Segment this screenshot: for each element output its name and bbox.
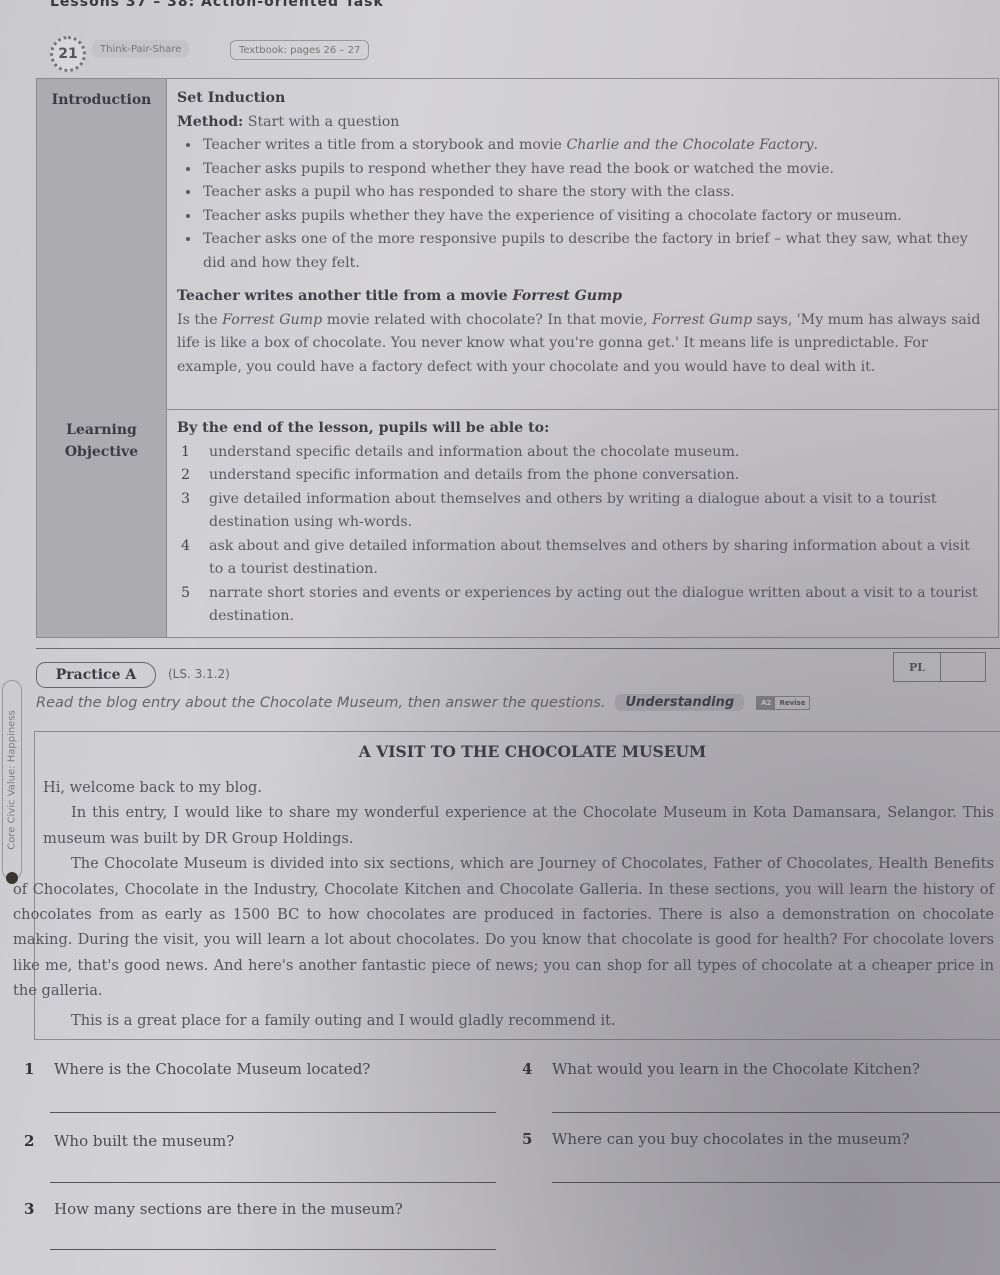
forrest-gump-paragraph: Is the Forrest Gump movie related with c… — [177, 309, 984, 380]
answer-input-3[interactable] — [50, 1224, 500, 1248]
introduction-bullet: Teacher writes a title from a storybook … — [201, 134, 984, 158]
question-2: 2Who built the museum? — [24, 1132, 234, 1150]
method-line: Method: Start with a question — [177, 111, 984, 135]
objective-item: 2understand specific information and det… — [177, 464, 984, 488]
learning-objective-row: Learning Objective By the end of the les… — [37, 409, 998, 637]
practice-instruction: Read the blog entry about the Chocolate … — [36, 694, 810, 711]
introduction-row: Introduction Set Induction Method: Start… — [37, 79, 998, 410]
skill-badge: Understanding — [615, 694, 744, 711]
answer-line-5[interactable] — [552, 1182, 1000, 1183]
answer-input-4[interactable] — [552, 1087, 1000, 1111]
question-3: 3How many sections are there in the muse… — [24, 1200, 403, 1218]
blog-paragraph-1: In this entry, I would like to share my … — [35, 800, 994, 851]
answer-line-3[interactable] — [50, 1249, 496, 1250]
pl-label: PL — [894, 653, 941, 681]
introduction-label: Introduction — [37, 79, 167, 409]
objective-heading: By the end of the lesson, pupils will be… — [177, 417, 984, 441]
practice-tab: Practice A — [36, 662, 156, 688]
answer-input-5[interactable] — [552, 1157, 1000, 1181]
question-4: 4What would you learn in the Chocolate K… — [522, 1060, 920, 1078]
introduction-bullet: Teacher asks pupils to respond whether t… — [201, 158, 984, 182]
level-badge: A2 Revise — [756, 696, 810, 710]
answer-line-1[interactable] — [50, 1112, 496, 1113]
lesson-number-badge: 21 — [50, 36, 86, 72]
objective-item: 3give detailed information about themsel… — [177, 488, 984, 535]
learning-objective-content: By the end of the lesson, pupils will be… — [177, 417, 984, 629]
running-title: Lessons 37 – 38: Action-oriented Task — [50, 0, 470, 8]
pl-value-field[interactable] — [941, 653, 985, 681]
blog-paragraph-2: The Chocolate Museum is divided into six… — [5, 851, 994, 1003]
set-induction-heading: Set Induction — [177, 87, 984, 111]
blog-title: A VISIT TO THE CHOCOLATE MUSEUM — [35, 742, 1000, 761]
blog-entry-box: A VISIT TO THE CHOCOLATE MUSEUM Hi, welc… — [34, 731, 1000, 1040]
instruction-text: Read the blog entry about the Chocolate … — [36, 695, 605, 711]
core-value-side-tab: Core Civic Value: Happiness — [2, 680, 22, 880]
blog-greeting: Hi, welcome back to my blog. — [35, 775, 994, 800]
objective-list: 1understand specific details and informa… — [177, 441, 984, 629]
answer-input-1[interactable] — [50, 1087, 500, 1111]
method-label: Method: — [177, 114, 243, 130]
introduction-bullet: Teacher asks a pupil who has responded t… — [201, 181, 984, 205]
introduction-bullet: Teacher asks one of the more responsive … — [201, 228, 984, 275]
method-value: Start with a question — [248, 114, 400, 130]
questions-section: 1Where is the Chocolate Museum located? … — [0, 1040, 1000, 1275]
learning-objective-label: Learning Objective — [37, 409, 167, 637]
blog-paragraph-3: This is a great place for a family outin… — [5, 1008, 994, 1033]
second-title-heading: Teacher writes another title from a movi… — [177, 285, 984, 309]
objective-item: 4ask about and give detailed information… — [177, 535, 984, 582]
introduction-bullets: Teacher writes a title from a storybook … — [177, 134, 984, 275]
introduction-content: Set Induction Method: Start with a quest… — [177, 87, 984, 379]
answer-input-2[interactable] — [50, 1157, 500, 1181]
introduction-bullet: Teacher asks pupils whether they have th… — [201, 205, 984, 229]
question-5: 5Where can you buy chocolates in the mus… — [522, 1130, 910, 1148]
learning-standard-code: (LS. 3.1.2) — [168, 667, 230, 681]
question-1: 1Where is the Chocolate Museum located? — [24, 1060, 370, 1078]
blog-body: Hi, welcome back to my blog. In this ent… — [35, 775, 994, 1033]
lesson-plan-table: Introduction Set Induction Method: Start… — [36, 78, 999, 638]
performance-level-box: PL — [893, 652, 986, 682]
section-divider — [36, 648, 1000, 649]
textbook-pages-pill: Textbook: pages 26 – 27 — [230, 40, 369, 60]
objective-item: 1understand specific details and informa… — [177, 441, 984, 465]
answer-line-4[interactable] — [552, 1112, 1000, 1113]
objective-item: 5narrate short stories and events or exp… — [177, 582, 984, 629]
answer-line-2[interactable] — [50, 1182, 496, 1183]
method-pill: Think-Pair-Share — [92, 40, 189, 58]
